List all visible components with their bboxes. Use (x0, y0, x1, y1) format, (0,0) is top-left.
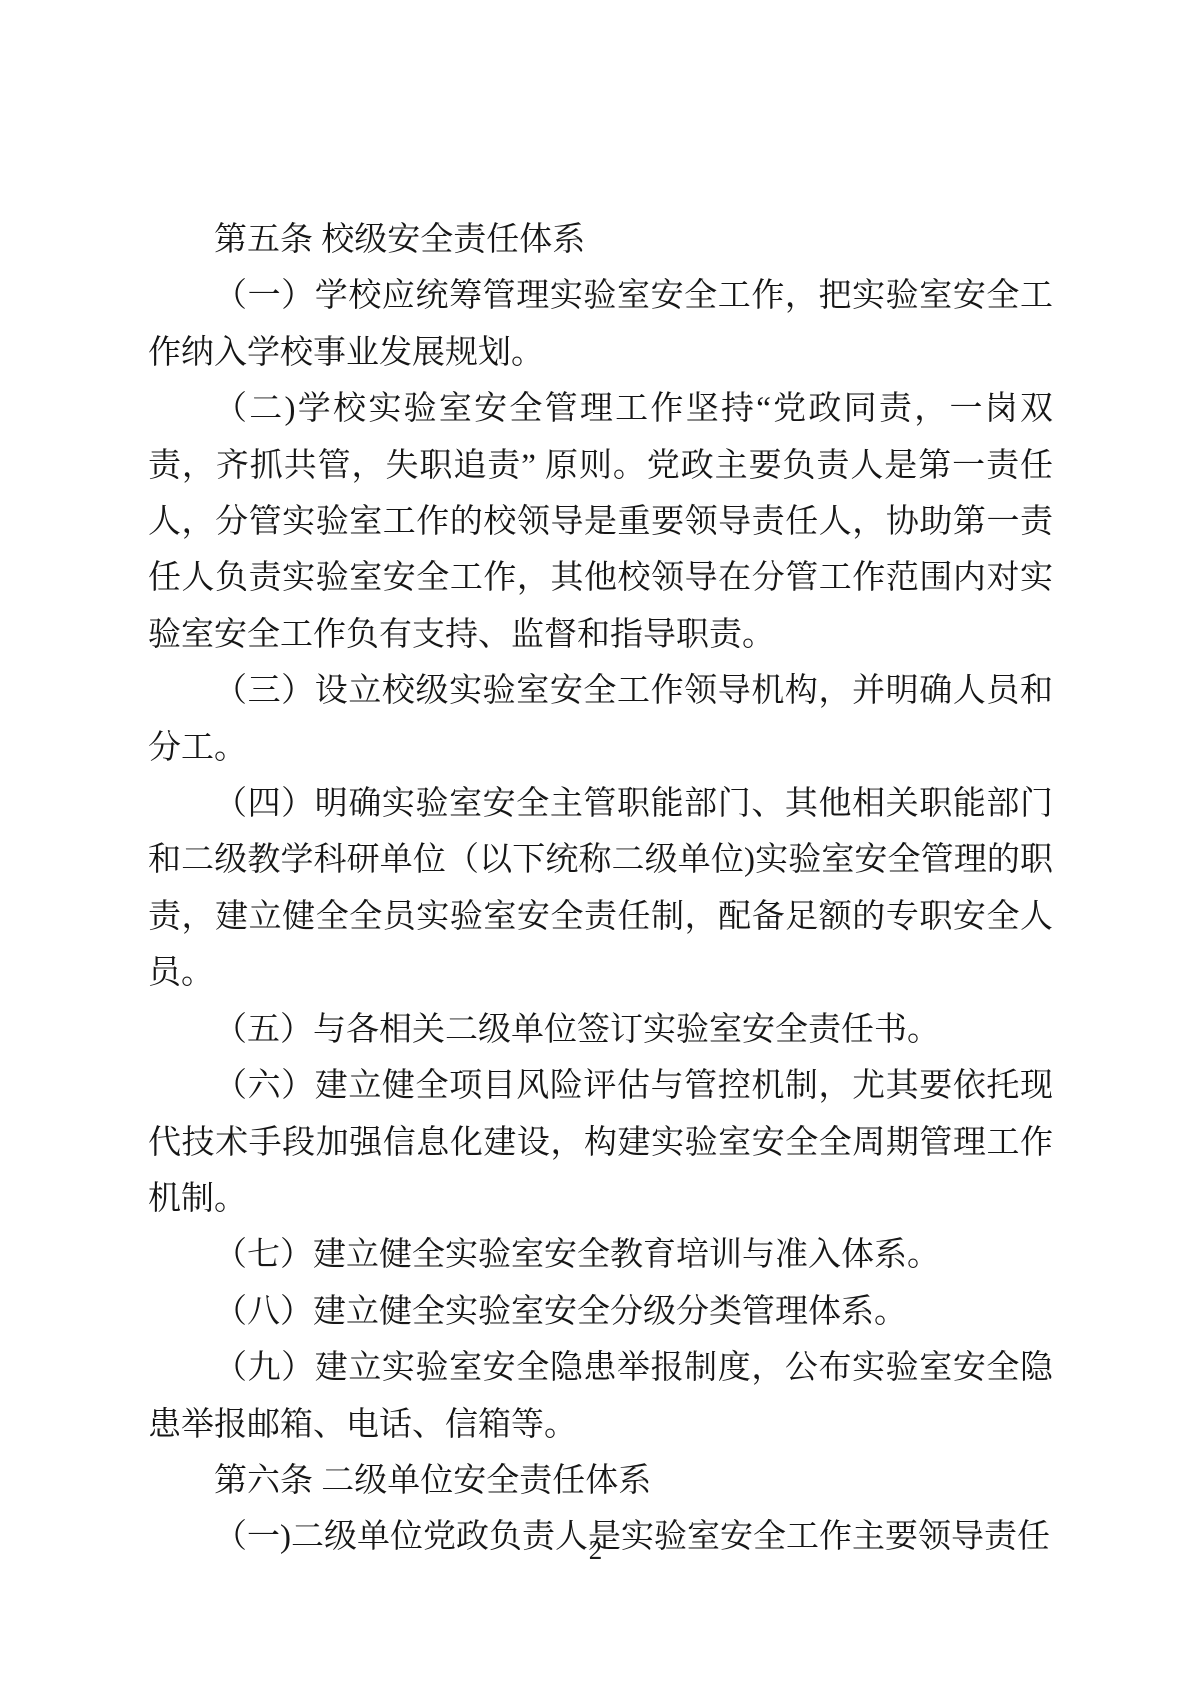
page-number: 2 (589, 1535, 603, 1565)
clause-paragraph: （五）与各相关二级单位签订实验室安全责任书。 (148, 1002, 1053, 1058)
clause-paragraph: （八）建立健全实验室安全分级分类管理体系。 (148, 1284, 1053, 1340)
clause-paragraph: （七）建立健全实验室安全教育培训与准入体系。 (148, 1227, 1053, 1283)
clause-paragraph: （一）学校应统筹管理实验室安全工作，把实验室安全工作纳入学校事业发展规划。 (148, 268, 1053, 381)
document-page: 第五条 校级安全责任体系（一）学校应统筹管理实验室安全工作，把实验室安全工作纳入… (0, 0, 1191, 1684)
clause-paragraph: （九）建立实验室安全隐患举报制度，公布实验室安全隐患举报邮箱、电话、信箱等。 (148, 1340, 1053, 1453)
article-heading: 第五条 校级安全责任体系 (148, 212, 1053, 268)
document-body: 第五条 校级安全责任体系（一）学校应统筹管理实验室安全工作，把实验室安全工作纳入… (148, 212, 1053, 1566)
page-footer: 2 (0, 1532, 1191, 1568)
clause-paragraph: （三）设立校级实验室安全工作领导机构，并明确人员和分工。 (148, 663, 1053, 776)
clause-paragraph: （六）建立健全项目风险评估与管控机制，尤其要依托现代技术手段加强信息化建设，构建… (148, 1058, 1053, 1227)
article-heading: 第六条 二级单位安全责任体系 (148, 1453, 1053, 1509)
clause-paragraph: （二)学校实验室安全管理工作坚持“党政同责，一岗双责，齐抓共管，失职追责” 原则… (148, 381, 1053, 663)
clause-paragraph: （四）明确实验室安全主管职能部门、其他相关职能部门和二级教学科研单位（以下统称二… (148, 776, 1053, 1002)
